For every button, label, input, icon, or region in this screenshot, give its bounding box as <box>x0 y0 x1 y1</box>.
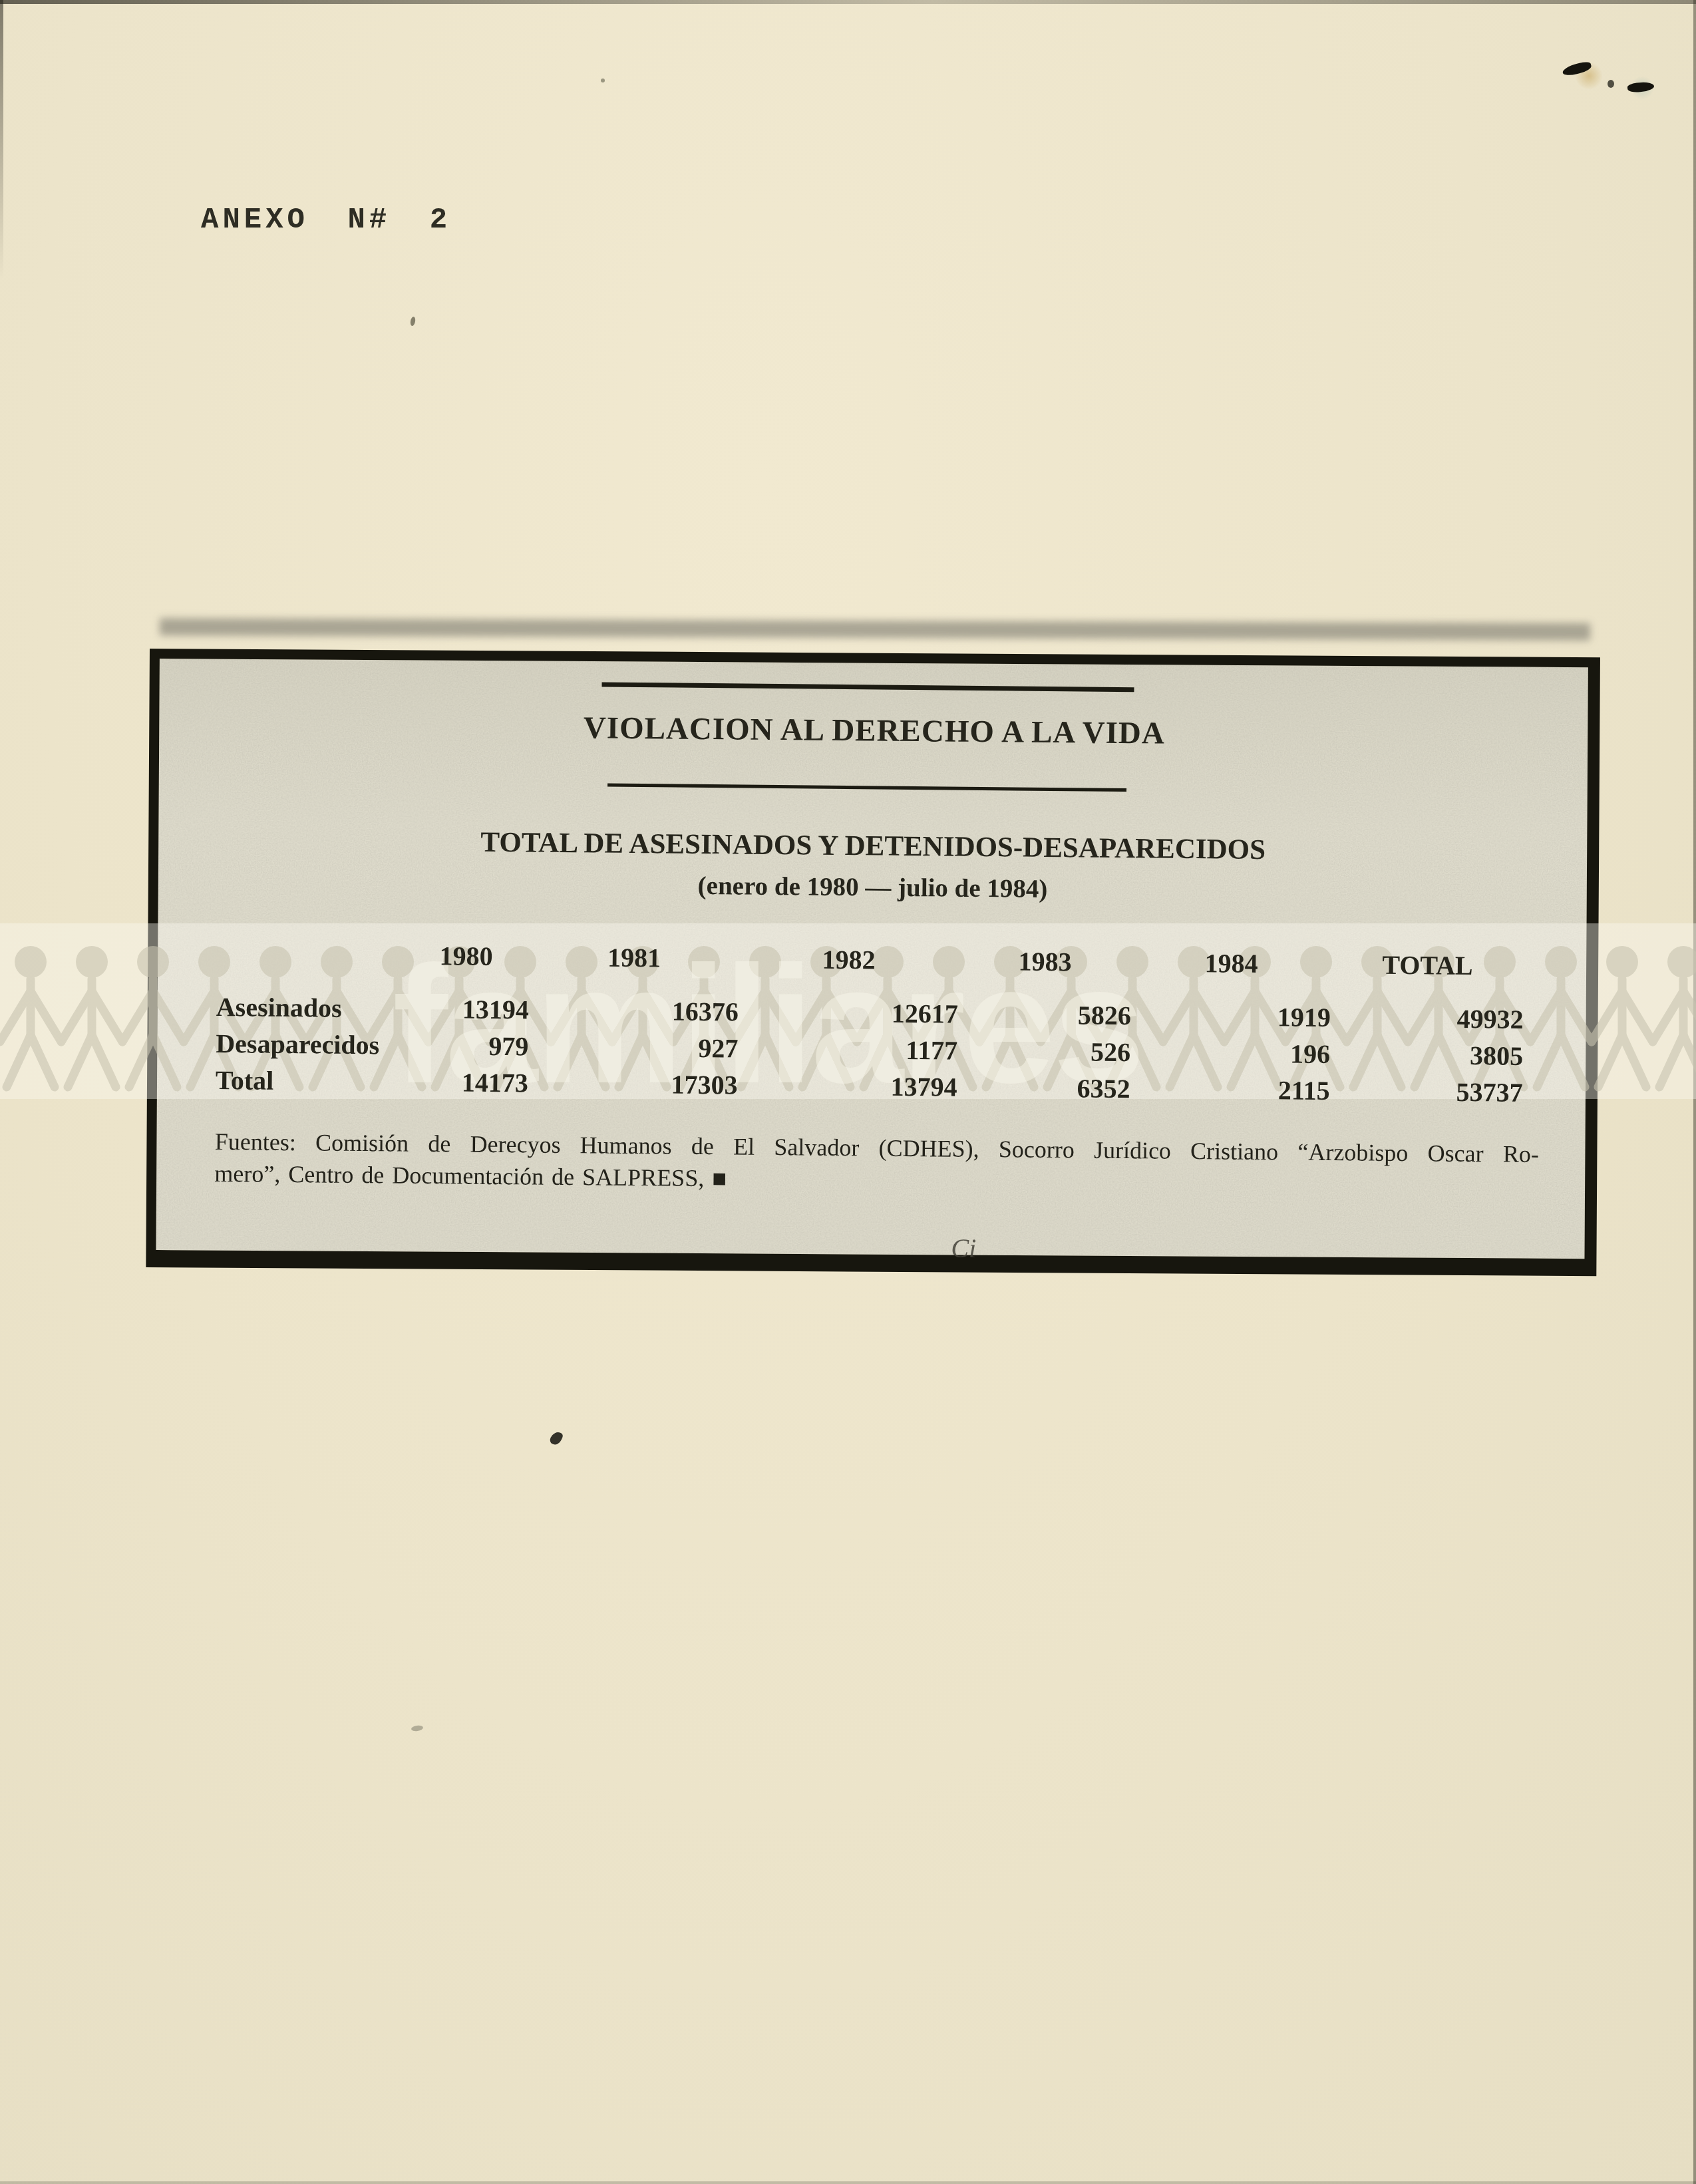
scanned-document-page: ANEXO N# 2 <box>0 0 1696 2184</box>
paper-speck <box>411 1725 424 1732</box>
pen-dot-icon <box>1608 80 1614 88</box>
value-cell: 49932 <box>1330 1003 1524 1042</box>
row-label: Asesinados <box>216 993 403 1031</box>
paper-speck <box>549 1430 564 1447</box>
value-cell: 2115 <box>1130 1074 1330 1113</box>
value-cell: 17303 <box>528 1068 738 1107</box>
scan-edge-bottom <box>0 2181 1696 2184</box>
year-header: 1982 <box>739 945 959 1000</box>
handwritten-mark: Ci <box>951 1233 976 1264</box>
clipping-title: VIOLACION AL DERECHO A LA VIDA <box>442 708 1307 752</box>
scan-edge-top <box>0 0 1696 4</box>
title-rule-top <box>601 683 1134 693</box>
year-header: 1980 <box>403 941 530 996</box>
value-cell: 1177 <box>738 1034 958 1073</box>
value-cell: 16376 <box>528 995 739 1034</box>
photocopy-smudge-strip <box>160 618 1590 641</box>
row-label: Desaparecidos <box>216 1029 403 1068</box>
year-header: 1984 <box>1131 948 1331 1003</box>
value-cell: 13794 <box>737 1071 957 1110</box>
value-cell: 979 <box>402 1031 529 1069</box>
value-cell: 13194 <box>403 995 530 1032</box>
totals-table: 19801981198219831984TOTALAsesinados13194… <box>215 939 1524 1115</box>
title-rule-bottom <box>607 784 1126 792</box>
value-cell: 5826 <box>957 1000 1131 1038</box>
value-cell: 526 <box>957 1036 1131 1074</box>
clipping-content: VIOLACION AL DERECHO A LA VIDA TOTAL DE … <box>144 649 1600 1281</box>
row-label: Total <box>215 1066 402 1104</box>
paper-speck <box>410 316 416 326</box>
value-cell: 927 <box>528 1032 739 1070</box>
value-cell: 6352 <box>957 1073 1130 1111</box>
year-header: TOTAL <box>1331 950 1524 1005</box>
scan-edge-left <box>0 0 3 279</box>
value-cell: 12617 <box>738 998 958 1036</box>
paper-speck <box>601 78 605 82</box>
year-header: 1981 <box>529 942 739 997</box>
value-cell: 14173 <box>401 1068 528 1106</box>
source-note: Fuentes: Comisión de Derecyos Humanos de… <box>214 1126 1539 1202</box>
annex-label: ANEXO N# 2 <box>201 204 451 237</box>
clipping-subtitle: TOTAL DE ASESINADOS Y DETENIDOS-DESAPARE… <box>148 823 1598 869</box>
table-corner-cell <box>216 939 403 995</box>
clipping-date-range: (enero de 1980 — julio de 1984) <box>147 865 1598 909</box>
value-cell: 3805 <box>1330 1040 1524 1078</box>
year-header: 1983 <box>958 947 1132 1001</box>
value-cell: 53737 <box>1329 1076 1523 1115</box>
value-cell: 1919 <box>1130 1001 1331 1040</box>
value-cell: 196 <box>1130 1038 1331 1076</box>
